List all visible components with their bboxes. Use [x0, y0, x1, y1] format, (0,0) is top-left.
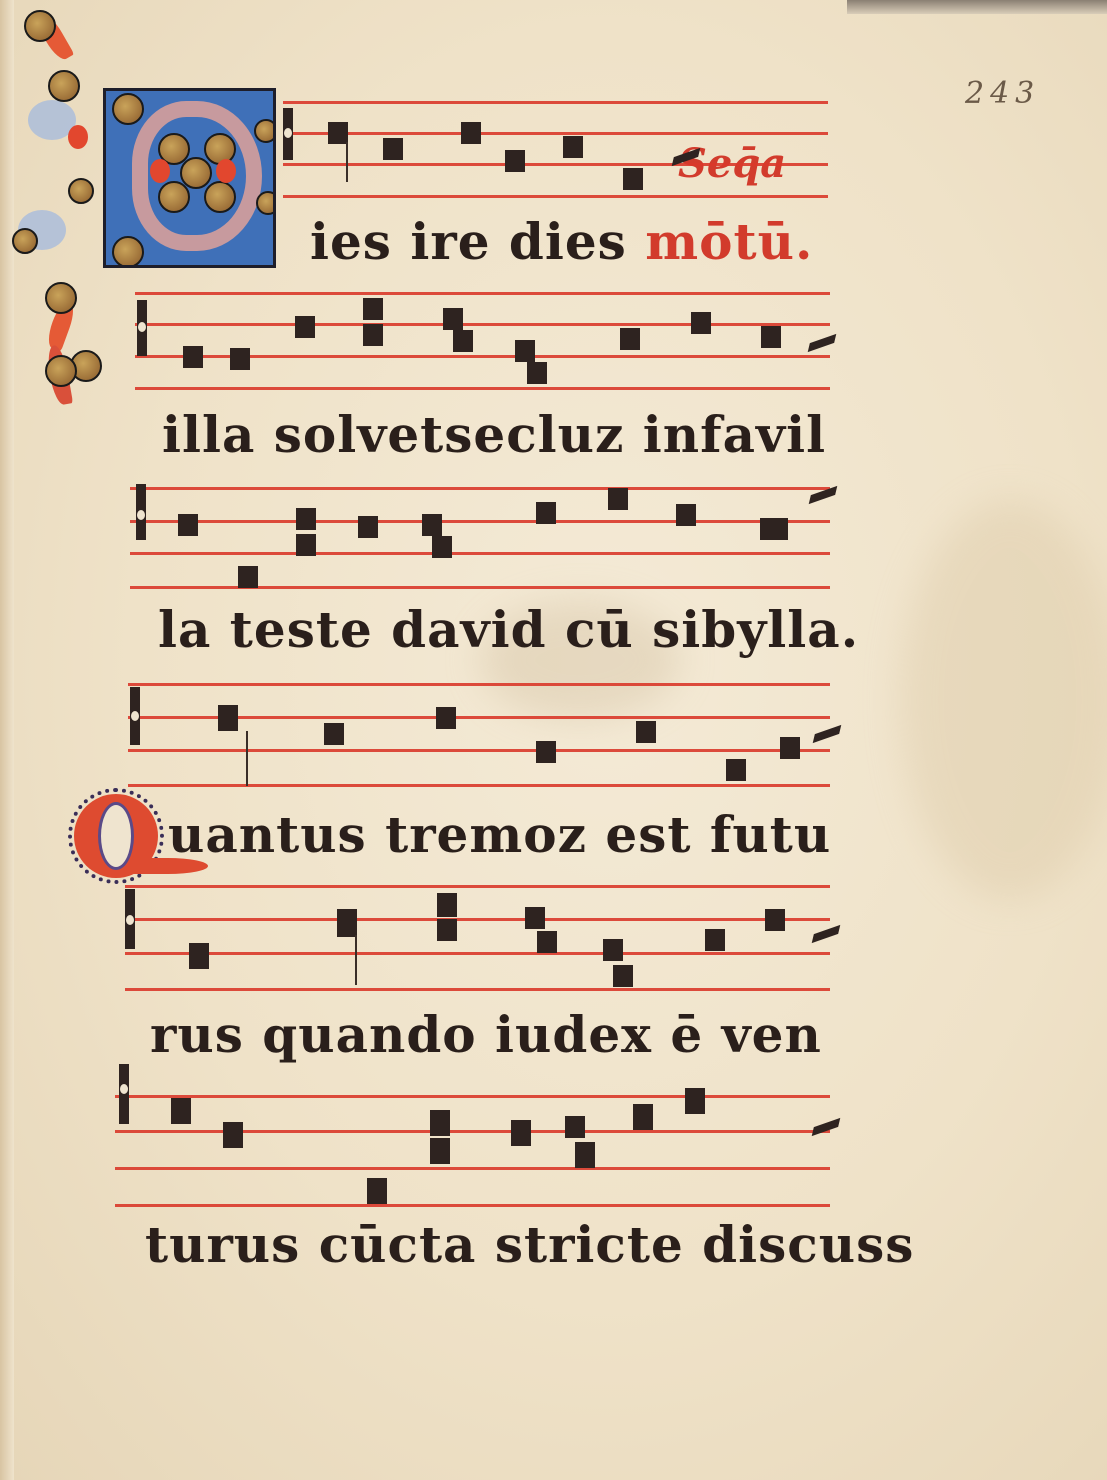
folio-number: 243	[965, 76, 1040, 111]
c-clef	[137, 300, 147, 356]
page-left-edge	[0, 0, 14, 1480]
manuscript-page: 243 Seq̄a	[0, 0, 1107, 1480]
lyric-line-3: la teste david cū sibylla.	[158, 600, 859, 659]
decorated-initial-q	[68, 788, 164, 884]
music-staff-5	[125, 883, 830, 993]
c-clef	[125, 889, 135, 949]
music-staff-1	[283, 98, 828, 198]
music-staff-3	[130, 484, 830, 589]
c-clef	[136, 484, 146, 540]
lyric-line-6: turus cūcta stricte discuss	[145, 1215, 914, 1274]
c-clef	[130, 687, 140, 745]
lyric-line-5: rus quando iudex ē ven	[150, 1005, 822, 1064]
music-staff-6	[115, 1092, 830, 1207]
page-top-edge	[847, 0, 1107, 14]
c-clef	[119, 1064, 129, 1124]
music-staff-4	[128, 681, 830, 787]
music-staff-2	[135, 290, 830, 390]
custos	[808, 334, 837, 352]
lyric-line-4: uantus tremoz est futu	[168, 805, 831, 864]
illuminated-initial-d	[103, 88, 276, 268]
c-clef	[283, 108, 293, 160]
custos	[812, 925, 841, 943]
lyric-line-1: ies ire dies mōtū.	[310, 212, 813, 271]
custos	[813, 725, 842, 743]
stain	[900, 500, 1107, 900]
lyric-line-2: illa solvetsecluz infavil	[162, 405, 826, 464]
custos	[812, 1118, 841, 1136]
